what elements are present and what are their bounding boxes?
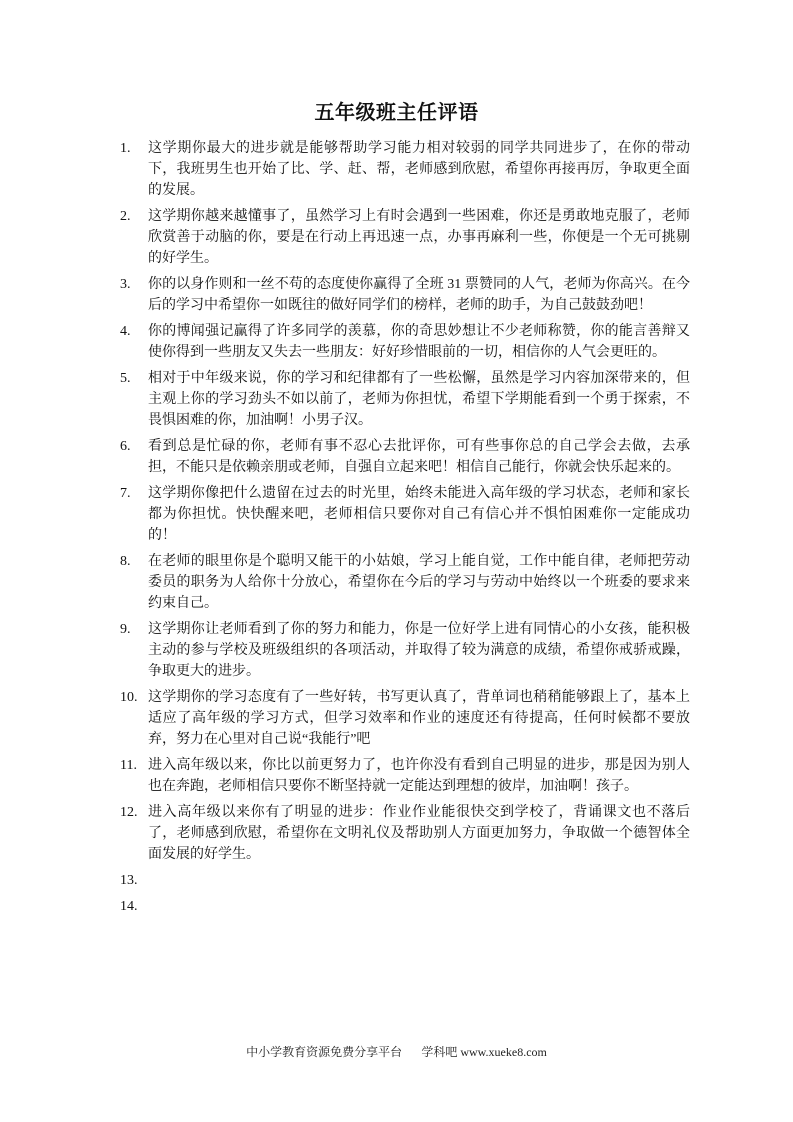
- list-item-number: 1.: [120, 138, 148, 201]
- comment-text: 你的以身作则和一丝不苟的态度使你赢得了全班 31 票赞同的人气，老师为你高兴。在…: [148, 274, 690, 316]
- list-item: 8. 在老师的眼里你是个聪明又能干的小姑娘，学习上能自觉，工作中能自律，老师把劳…: [120, 551, 690, 614]
- list-item: 7. 这学期你像把什么遗留在过去的时光里，始终未能进入高年级的学习状态，老师和家…: [120, 483, 690, 546]
- comment-text: 看到总是忙碌的你，老师有事不忍心去批评你，可有些事你总的自己学会去做，去承担，不…: [148, 436, 690, 478]
- list-item-number: 4.: [120, 321, 148, 363]
- list-item-number: 11.: [120, 755, 148, 797]
- list-item-number: 7.: [120, 483, 148, 546]
- list-item: 1. 这学期你最大的进步就是能够帮助学习能力相对较弱的同学共同进步了，在你的带动…: [120, 138, 690, 201]
- list-item: 13.: [120, 870, 690, 891]
- comment-list: 1. 这学期你最大的进步就是能够帮助学习能力相对较弱的同学共同进步了，在你的带动…: [120, 138, 690, 917]
- comment-text: [148, 896, 690, 917]
- comment-text: 这学期你让老师看到了你的努力和能力，你是一位好学上进有同情心的小女孩，能积极主动…: [148, 619, 690, 682]
- comment-text: [148, 870, 690, 891]
- page-title: 五年级班主任评语: [0, 0, 793, 126]
- comment-text: 你的博闻强记赢得了许多同学的羡慕，你的奇思妙想让不少老师称赞，你的能言善辩又使你…: [148, 321, 690, 363]
- comment-text: 相对于中年级来说，你的学习和纪律都有了一些松懈，虽然是学习内容加深带来的，但主观…: [148, 368, 690, 431]
- list-item: 6. 看到总是忙碌的你，老师有事不忍心去批评你，可有些事你总的自己学会去做，去承…: [120, 436, 690, 478]
- comment-text: 这学期你越来越懂事了，虽然学习上有时会遇到一些困难，你还是勇敢地克服了，老师欣赏…: [148, 206, 690, 269]
- list-item: 5. 相对于中年级来说，你的学习和纪律都有了一些松懈，虽然是学习内容加深带来的，…: [120, 368, 690, 431]
- list-item-number: 8.: [120, 551, 148, 614]
- list-item-number: 3.: [120, 274, 148, 316]
- page-footer: 中小学教育资源免费分享平台学科吧 www.xueke8.com: [0, 1044, 793, 1060]
- comment-text: 进入高年级以来你有了明显的进步：作业作业能很快交到学校了，背诵课文也不落后了，老…: [148, 802, 690, 865]
- list-item-number: 13.: [120, 870, 148, 891]
- list-item: 11. 进入高年级以来，你比以前更努力了，也许你没有看到自己明显的进步，那是因为…: [120, 755, 690, 797]
- list-item: 2. 这学期你越来越懂事了，虽然学习上有时会遇到一些困难，你还是勇敢地克服了，老…: [120, 206, 690, 269]
- comment-text: 这学期你最大的进步就是能够帮助学习能力相对较弱的同学共同进步了，在你的带动下，我…: [148, 138, 690, 201]
- list-item-number: 12.: [120, 802, 148, 865]
- list-item-number: 2.: [120, 206, 148, 269]
- footer-site-text: 学科吧 www.xueke8.com: [421, 1045, 547, 1059]
- list-item-number: 5.: [120, 368, 148, 431]
- document-page: 五年级班主任评语 1. 这学期你最大的进步就是能够帮助学习能力相对较弱的同学共同…: [0, 0, 793, 1122]
- list-item: 9. 这学期你让老师看到了你的努力和能力，你是一位好学上进有同情心的小女孩，能积…: [120, 619, 690, 682]
- footer-platform-text: 中小学教育资源免费分享平台: [246, 1045, 402, 1059]
- list-item: 4. 你的博闻强记赢得了许多同学的羡慕，你的奇思妙想让不少老师称赞，你的能言善辩…: [120, 321, 690, 363]
- list-item: 14.: [120, 896, 690, 917]
- comment-text: 这学期你的学习态度有了一些好转，书写更认真了，背单词也稍稍能够跟上了，基本上适应…: [148, 687, 690, 750]
- comment-text: 进入高年级以来，你比以前更努力了，也许你没有看到自己明显的进步，那是因为别人也在…: [148, 755, 690, 797]
- list-item-number: 14.: [120, 896, 148, 917]
- comment-text: 在老师的眼里你是个聪明又能干的小姑娘，学习上能自觉，工作中能自律，老师把劳动委员…: [148, 551, 690, 614]
- list-item-number: 6.: [120, 436, 148, 478]
- list-item-number: 10.: [120, 687, 148, 750]
- list-item: 10. 这学期你的学习态度有了一些好转，书写更认真了，背单词也稍稍能够跟上了，基…: [120, 687, 690, 750]
- list-item: 12. 进入高年级以来你有了明显的进步：作业作业能很快交到学校了，背诵课文也不落…: [120, 802, 690, 865]
- list-item: 3. 你的以身作则和一丝不苟的态度使你赢得了全班 31 票赞同的人气，老师为你高…: [120, 274, 690, 316]
- comment-text: 这学期你像把什么遗留在过去的时光里，始终未能进入高年级的学习状态，老师和家长都为…: [148, 483, 690, 546]
- list-item-number: 9.: [120, 619, 148, 682]
